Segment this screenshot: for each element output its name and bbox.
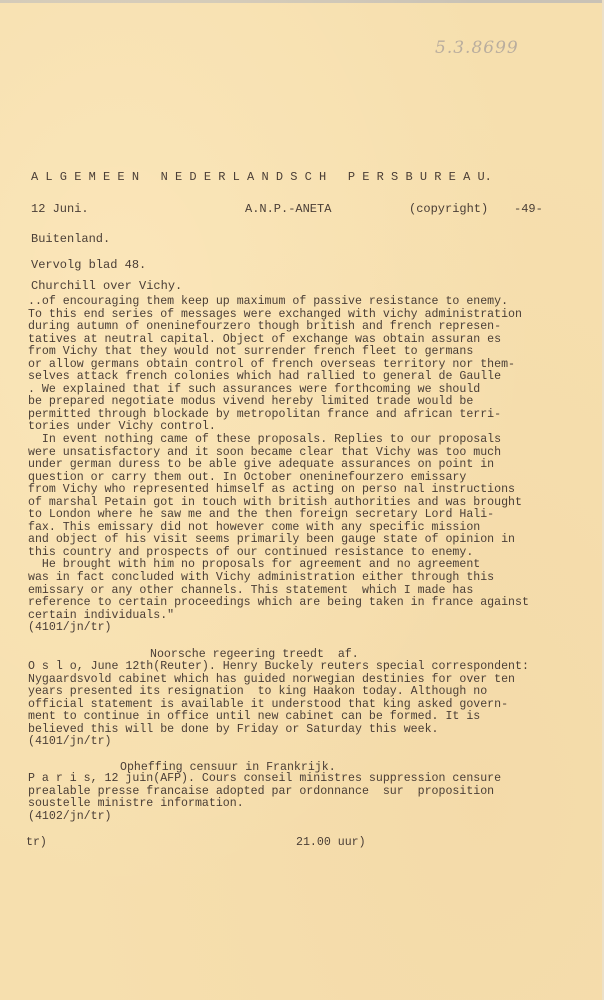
footer-left: tr): [26, 836, 47, 849]
organization-header: A L G E M E E N N E D E R L A N D S C H …: [31, 171, 492, 184]
text-line: from Vichy who represented himself as ac…: [28, 484, 604, 497]
text-line: was in fact concluded with Vichy adminis…: [28, 572, 604, 585]
archive-number: 5.3.8699: [435, 38, 519, 58]
text-line: O s l o, June 12th(Reuter). Henry Buckel…: [28, 661, 604, 674]
text-line: In event nothing came of these proposals…: [28, 434, 604, 447]
article-body-churchill: ..of encouraging them keep up maximum of…: [28, 296, 604, 635]
text-line: under german duress to be able give adeq…: [28, 459, 604, 472]
text-line: from Vichy that they would not surrender…: [28, 346, 604, 359]
news-source: A.N.P.-ANETA: [245, 203, 331, 216]
copyright-note: (copyright): [409, 203, 488, 216]
dateline: 12 Juni.: [31, 203, 89, 216]
text-line: years presented its resignation to king …: [28, 686, 604, 699]
text-line: soustelle ministre information.: [28, 798, 604, 811]
text-line: reference to certain proceedings which a…: [28, 597, 604, 610]
text-line: to London where he saw me and the then f…: [28, 509, 604, 522]
page-number: -49-: [514, 203, 543, 216]
text-line: believed this will be done by Friday or …: [28, 724, 604, 737]
text-line: P a r i s, 12 juin(AFP). Cours conseil m…: [28, 773, 604, 786]
reference-code: (4101/jn/tr): [28, 736, 604, 749]
reference-code: (4102/jn/tr): [28, 811, 604, 824]
footer-time: 21.00 uur): [296, 836, 366, 849]
text-line: ..of encouraging them keep up maximum of…: [28, 296, 604, 309]
continuation-note: Vervolg blad 48.: [31, 259, 146, 272]
text-line: selves attack french colonies which had …: [28, 371, 604, 384]
text-line: ment to continue in office until new cab…: [28, 711, 604, 724]
article-body-france: P a r i s, 12 juin(AFP). Cours conseil m…: [28, 773, 604, 823]
article-body-norway: O s l o, June 12th(Reuter). Henry Buckel…: [28, 661, 604, 749]
text-line: certain individuals.": [28, 610, 604, 623]
text-line: during autumn of oneninefourzero though …: [28, 321, 604, 334]
section-label: Buitenland.: [31, 233, 110, 246]
reference-code: (4101/jn/tr): [28, 622, 604, 635]
article-title-churchill: Churchill over Vichy.: [31, 280, 182, 293]
